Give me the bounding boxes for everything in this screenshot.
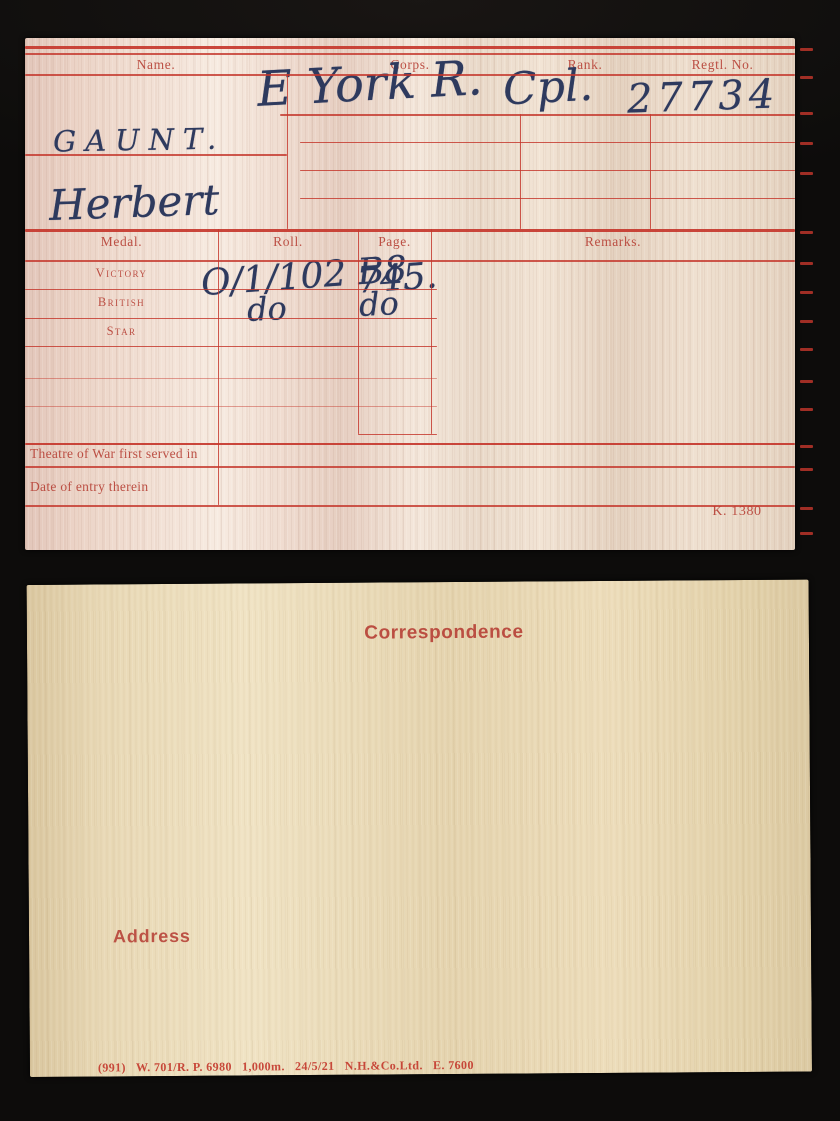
rule-line: [25, 229, 795, 232]
edge-line-stub: [800, 142, 813, 145]
forename-handwriting: Herbert: [48, 175, 220, 230]
rule-line: [25, 46, 795, 49]
scanner-background: Name. Corps. Rank. Regtl. No. E York R. …: [0, 0, 840, 1121]
medal-row-british-label: British: [25, 295, 218, 310]
rule-line: [358, 434, 437, 435]
rule-line: [25, 74, 795, 76]
rule-line: [25, 260, 795, 262]
edge-line-stub: [800, 320, 813, 323]
rule-line: [25, 505, 795, 507]
rule-line: [300, 170, 795, 171]
edge-line-stub: [800, 380, 813, 383]
rule-line: [25, 53, 795, 55]
rule-line: [300, 142, 795, 143]
edge-line-stub: [800, 532, 813, 535]
rule-line: [25, 406, 437, 407]
medal-row-victory-label: Victory: [25, 266, 218, 281]
rule-line: [280, 114, 795, 116]
british-roll-handwriting: do: [246, 289, 288, 329]
medal-index-card-back: Correspondence Address (991) W. 701/R. P…: [27, 580, 812, 1077]
surname-handwriting: GAUNT.: [53, 121, 226, 158]
medal-row-star-label: Star: [25, 324, 218, 339]
page-column-header: Page.: [358, 234, 431, 250]
theatre-of-war-label: Theatre of War first served in: [30, 446, 330, 462]
edge-line-stub: [800, 172, 813, 175]
edge-line-stub: [800, 468, 813, 471]
roll-column-header: Roll.: [218, 234, 358, 250]
rule-line: [25, 443, 795, 445]
medal-index-card-front: Name. Corps. Rank. Regtl. No. E York R. …: [25, 38, 795, 550]
correspondence-title: Correspondence: [344, 621, 544, 644]
printer-imprint-line: (991) W. 701/R. P. 6980 1,000m. 24/5/21 …: [98, 1058, 474, 1076]
edge-line-stub: [800, 408, 813, 411]
edge-line-stub: [800, 291, 813, 294]
rank-entry-handwriting: Cpl.: [502, 60, 594, 116]
edge-line-stub: [800, 231, 813, 234]
remarks-column-header: Remarks.: [431, 234, 795, 250]
medal-column-header: Medal.: [25, 234, 218, 250]
date-of-entry-label: Date of entry therein: [30, 479, 330, 495]
rule-line: [300, 198, 795, 199]
edge-line-stub: [800, 262, 813, 265]
rule-line: [25, 378, 437, 379]
edge-line-stub: [800, 507, 813, 510]
rule-line: [25, 466, 795, 468]
name-column-header: Name.: [25, 57, 287, 73]
edge-line-stub: [800, 112, 813, 115]
card-edge-strip: [799, 40, 816, 546]
rule-line: [25, 154, 287, 156]
rule-line: [520, 114, 521, 229]
address-label: Address: [113, 926, 191, 948]
edge-line-stub: [800, 48, 813, 51]
corps-entry-handwriting: E York R.: [256, 50, 484, 118]
edge-line-stub: [800, 76, 813, 79]
edge-line-stub: [800, 445, 813, 448]
rule-line: [25, 346, 437, 347]
rule-line: [650, 114, 651, 229]
edge-line-stub: [800, 348, 813, 351]
